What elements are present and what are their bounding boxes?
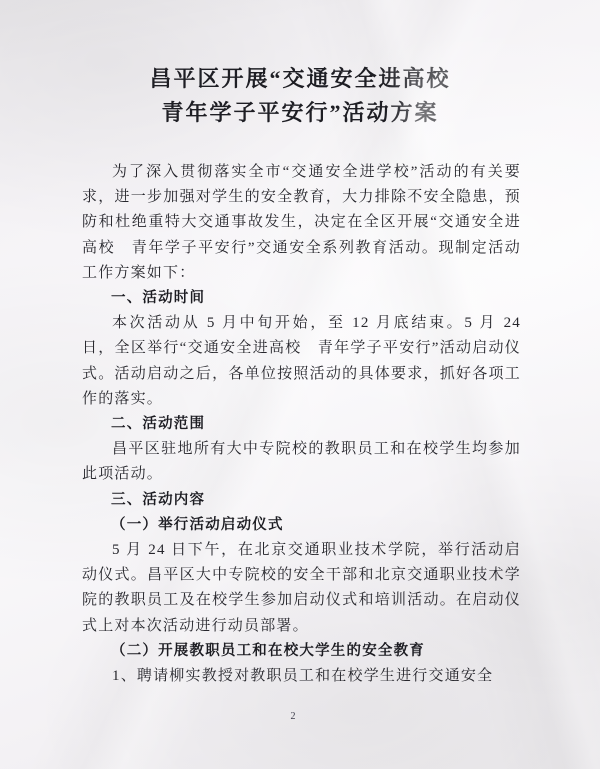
paragraph-section-2: 昌平区驻地所有大中专院校的教职员工和在校学生均参加此项活动。 <box>82 437 521 487</box>
document-title-line-1: 昌平区开展“交通安全进高校 <box>0 62 600 96</box>
paragraph-subsection-3-2: 1、聘请柳实教授对教职员工和在校学生进行交通安全 <box>82 664 521 689</box>
section-heading-3: 三、活动内容 <box>82 488 521 513</box>
section-heading-1: 一、活动时间 <box>82 286 521 311</box>
document-body: 为了深入贯彻落实全市“交通安全进学校”活动的有关要求，进一步加强对学生的安全教育… <box>82 160 521 689</box>
document-title: 昌平区开展“交通安全进高校 青年学子平安行”活动方案 <box>0 0 600 130</box>
scanned-document-page: 昌平区开展“交通安全进高校 青年学子平安行”活动方案 为了深入贯彻落实全市“交通… <box>0 0 600 769</box>
paragraph-subsection-3-1: 5 月 24 日下午，在北京交通职业技术学院，举行活动启动仪式。昌平区大中专院校… <box>82 538 521 639</box>
page-number: 2 <box>0 711 586 722</box>
paragraph-section-1: 本次活动从 5 月中旬开始，至 12 月底结束。5 月 24 日，全区举行“交通… <box>82 311 521 412</box>
subsection-heading-3-1: （一）举行活动启动仪式 <box>82 513 521 538</box>
paragraph-intro: 为了深入贯彻落实全市“交通安全进学校”活动的有关要求，进一步加强对学生的安全教育… <box>82 160 521 286</box>
section-heading-2: 二、活动范围 <box>82 412 521 437</box>
document-title-line-2: 青年学子平安行”活动方案 <box>0 96 600 130</box>
subsection-heading-3-2: （二）开展教职员工和在校大学生的安全教育 <box>82 639 521 664</box>
